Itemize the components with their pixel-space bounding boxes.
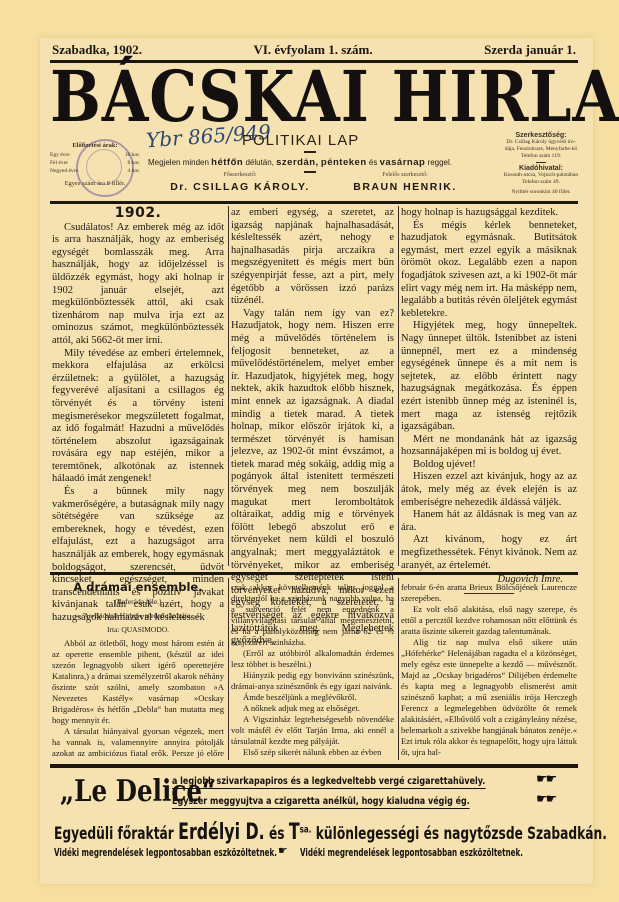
pointing-hand-icon: ☛ (278, 844, 286, 857)
divider (304, 151, 316, 153)
ad-line-2: Egyszer meggyujtva a czigaretta anélkül,… (172, 796, 470, 809)
editor-in-chief: Főszerkesztő: Dr. CSILLAG KÁROLY. (170, 172, 310, 193)
feuilleton-title: A drámai ensemble. (52, 582, 224, 593)
feuilleton-col2: csak akkor követelhetnénk teljes joggal … (231, 582, 394, 758)
ad-main-line: Egyedüli főraktár Erdélyi D. és Tsa. kül… (54, 820, 607, 845)
price-row: Fél évre8 kor. (50, 160, 140, 166)
feuilleton-col3: február 6-én aratta Brieux Bölcsőjének L… (401, 582, 577, 758)
ad-footer-left: Vidéki megrendelések legpontosabban eszk… (54, 846, 277, 859)
feuilleton-author: Irta: QUASIMODO. (52, 624, 224, 635)
office-info: Szerkesztőség: Dr. Csillag Károly ügyvéd… (494, 132, 588, 196)
lead-article-col3: hogy holnap is hazugsággal kezditek. És … (401, 207, 577, 594)
advertisement: „Le Delice“ a legjobb szivarkapapiros és… (48, 768, 578, 878)
price-row: Egy évre16 kor. (50, 152, 140, 158)
lead-article-col1: 1902. Csudálatos! Az emberek még az időt… (52, 207, 224, 625)
single-copy-price: Egyes szám ára 8 fillér. (50, 180, 140, 187)
pointing-hand-icon: ☛☛ (536, 772, 555, 787)
price-row: Negyed évre4 kor. (50, 168, 140, 174)
masthead-bottom-rule (50, 201, 578, 204)
paper-subtitle: POLITIKAI LAP (242, 132, 359, 149)
ad-firm-name: Erdélyi D. (178, 820, 265, 845)
masthead-title: BÁCSKAI HIRLAP (50, 62, 504, 132)
ad-line-1: a legjobb szivarkapapiros és a legkedvel… (172, 776, 485, 789)
subscription-prices: Előfizetési árak: Egy évre16 kor. Fél év… (50, 142, 140, 187)
prices-heading: Előfizetési árak: (50, 142, 140, 149)
ad-footer-right: Vidéki megrendelések legpontosabban eszk… (300, 846, 523, 859)
pointing-hand-icon: ☛☛ (536, 792, 555, 807)
responsible-editor: Felelős szerkesztő: BRAUN HENRIK. (335, 172, 475, 193)
feuilleton-col1: A drámai ensemble. (Referáda féle.) — A … (52, 582, 224, 770)
section-rule (50, 572, 578, 575)
lead-article-title: 1902. (52, 207, 224, 220)
publication-schedule: Megjelen minden hétfőn délután, szerdán,… (148, 157, 452, 168)
